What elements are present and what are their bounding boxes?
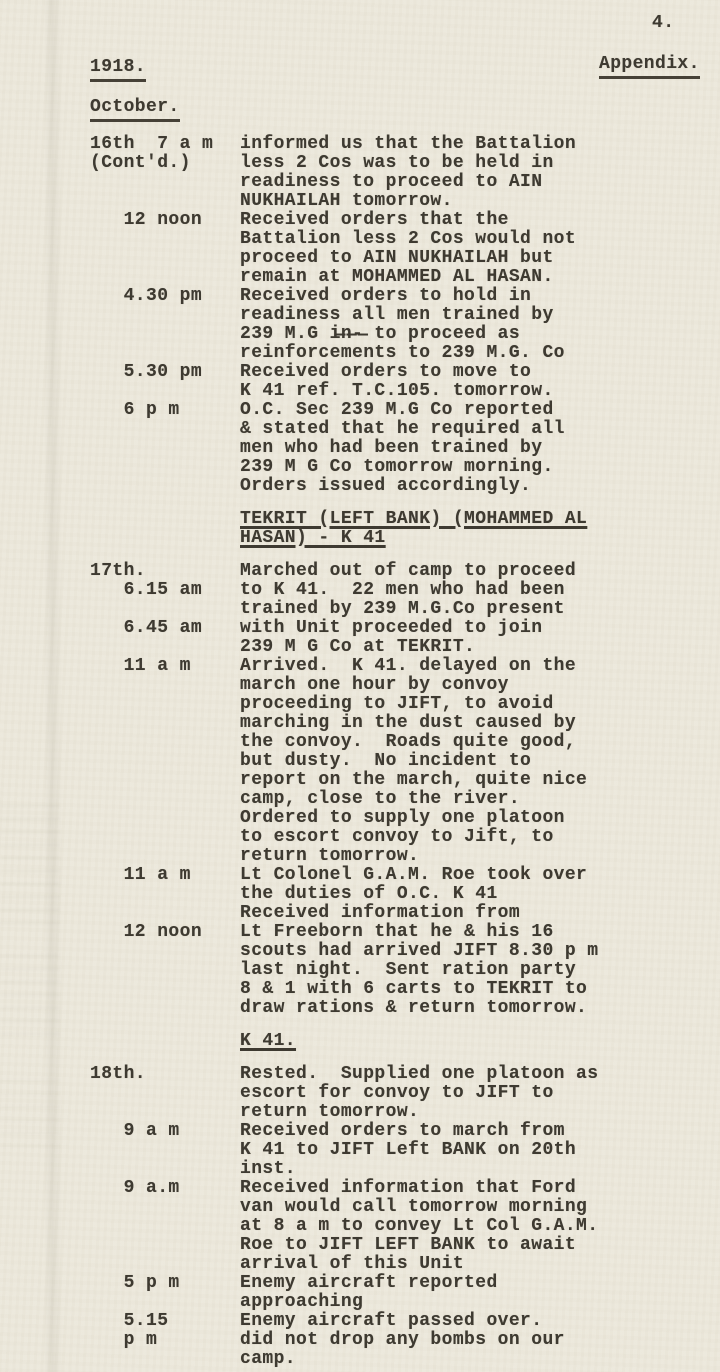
entry-date-time: 6.45 am bbox=[90, 619, 240, 638]
section-heading: TEKRIT (LEFT BANK) (MOHAMMED AL HASAN) -… bbox=[240, 510, 660, 548]
diary-entry-row: 18th.Rested. Supplied one platoon as esc… bbox=[90, 1065, 670, 1122]
diary-entry-row: 5.15 p mEnemy aircraft passed over. did … bbox=[90, 1312, 670, 1369]
bleed-through-marks bbox=[0, 1080, 60, 1150]
entry-date-time: 12 noon bbox=[90, 211, 240, 230]
entry-date-time: 5.15 p m bbox=[90, 1312, 240, 1350]
entry-date-time: 6 p m bbox=[90, 401, 240, 420]
entry-body: informed us that the Battalion less 2 Co… bbox=[240, 135, 660, 211]
section-heading: K 41. bbox=[240, 1032, 660, 1051]
diary-entry-row: 6.45 amwith Unit proceeded to join 239 M… bbox=[90, 619, 670, 657]
entry-body: Received orders to move to K 41 ref. T.C… bbox=[240, 363, 660, 401]
diary-entry-row: 5.30 pmReceived orders to move to K 41 r… bbox=[90, 363, 670, 401]
entry-date-time: 18th. bbox=[90, 1065, 240, 1084]
diary-entry-row: 16th 7 a m (Cont'd.)informed us that the… bbox=[90, 135, 670, 211]
diary-entry-row: 17th. 6.15 amMarched out of camp to proc… bbox=[90, 562, 670, 619]
entry-body: Rested. Supplied one platoon as escort f… bbox=[240, 1065, 660, 1122]
diary-entry-row: 9 a mReceived orders to march from K 41 … bbox=[90, 1122, 670, 1179]
entry-date-time: 12 noon bbox=[90, 923, 240, 942]
entry-body: Received information that Ford van would… bbox=[240, 1179, 660, 1274]
entry-body: Lt Colonel G.A.M. Roe took over the duti… bbox=[240, 866, 660, 923]
diary-entry-row: 4.30 pmReceived orders to hold in readin… bbox=[90, 287, 670, 363]
entry-body: O.C. Sec 239 M.G Co reported & stated th… bbox=[240, 401, 660, 496]
entry-date-time: 5.30 pm bbox=[90, 363, 240, 382]
entry-date-time: 9 a m bbox=[90, 1122, 240, 1141]
entry-date-time: 11 a m bbox=[90, 866, 240, 885]
entry-date-time: 4.30 pm bbox=[90, 287, 240, 306]
month-heading: October. bbox=[90, 98, 180, 122]
diary-entry-row: 12 noonLt Freeborn that he & his 16 scou… bbox=[90, 923, 670, 1018]
entry-body: Marched out of camp to proceed to K 41. … bbox=[240, 562, 660, 619]
document-page: { "colors": { "paper": "#ece8db", "ink":… bbox=[0, 0, 720, 1372]
entry-date-time: 11 a m bbox=[90, 657, 240, 676]
entry-body: Received orders that the Battalion less … bbox=[240, 211, 660, 287]
entry-date-time: 5 p m bbox=[90, 1274, 240, 1293]
entry-body: Received orders to hold in readiness all… bbox=[240, 287, 660, 363]
diary-entry-row: 6 p mO.C. Sec 239 M.G Co reported & stat… bbox=[90, 401, 670, 496]
bleed-through-marks bbox=[0, 805, 60, 925]
entry-body: with Unit proceeded to join 239 M G Co a… bbox=[240, 619, 660, 657]
entry-date-time: 17th. 6.15 am bbox=[90, 562, 240, 600]
entry-date-time: 9 a.m bbox=[90, 1179, 240, 1198]
appendix-label: Appendix. bbox=[599, 55, 700, 79]
diary-entry-row: 11 a mLt Colonel G.A.M. Roe took over th… bbox=[90, 866, 670, 923]
paper-crease bbox=[44, 0, 62, 1372]
diary-entry-row: 9 a.mReceived information that Ford van … bbox=[90, 1179, 670, 1274]
year-heading: 1918. bbox=[90, 58, 146, 82]
entry-body: Enemy aircraft reported approaching bbox=[240, 1274, 660, 1312]
diary-entry-row: 5 p mEnemy aircraft reported approaching bbox=[90, 1274, 670, 1312]
diary-entry-row: 12 noonReceived orders that the Battalio… bbox=[90, 211, 670, 287]
entry-body: Received orders to march from K 41 to JI… bbox=[240, 1122, 660, 1179]
diary-entries: 16th 7 a m (Cont'd.)informed us that the… bbox=[90, 135, 670, 1369]
entry-body: Enemy aircraft passed over. did not drop… bbox=[240, 1312, 660, 1369]
bleed-through-marks bbox=[0, 955, 60, 1045]
entry-date-time: 16th 7 a m (Cont'd.) bbox=[90, 135, 240, 173]
entry-body: Lt Freeborn that he & his 16 scouts had … bbox=[240, 923, 660, 1018]
entry-body: Arrived. K 41. delayed on the march one … bbox=[240, 657, 660, 866]
diary-entry-row: 11 a mArrived. K 41. delayed on the marc… bbox=[90, 657, 670, 866]
page-number: 4. bbox=[652, 14, 674, 33]
